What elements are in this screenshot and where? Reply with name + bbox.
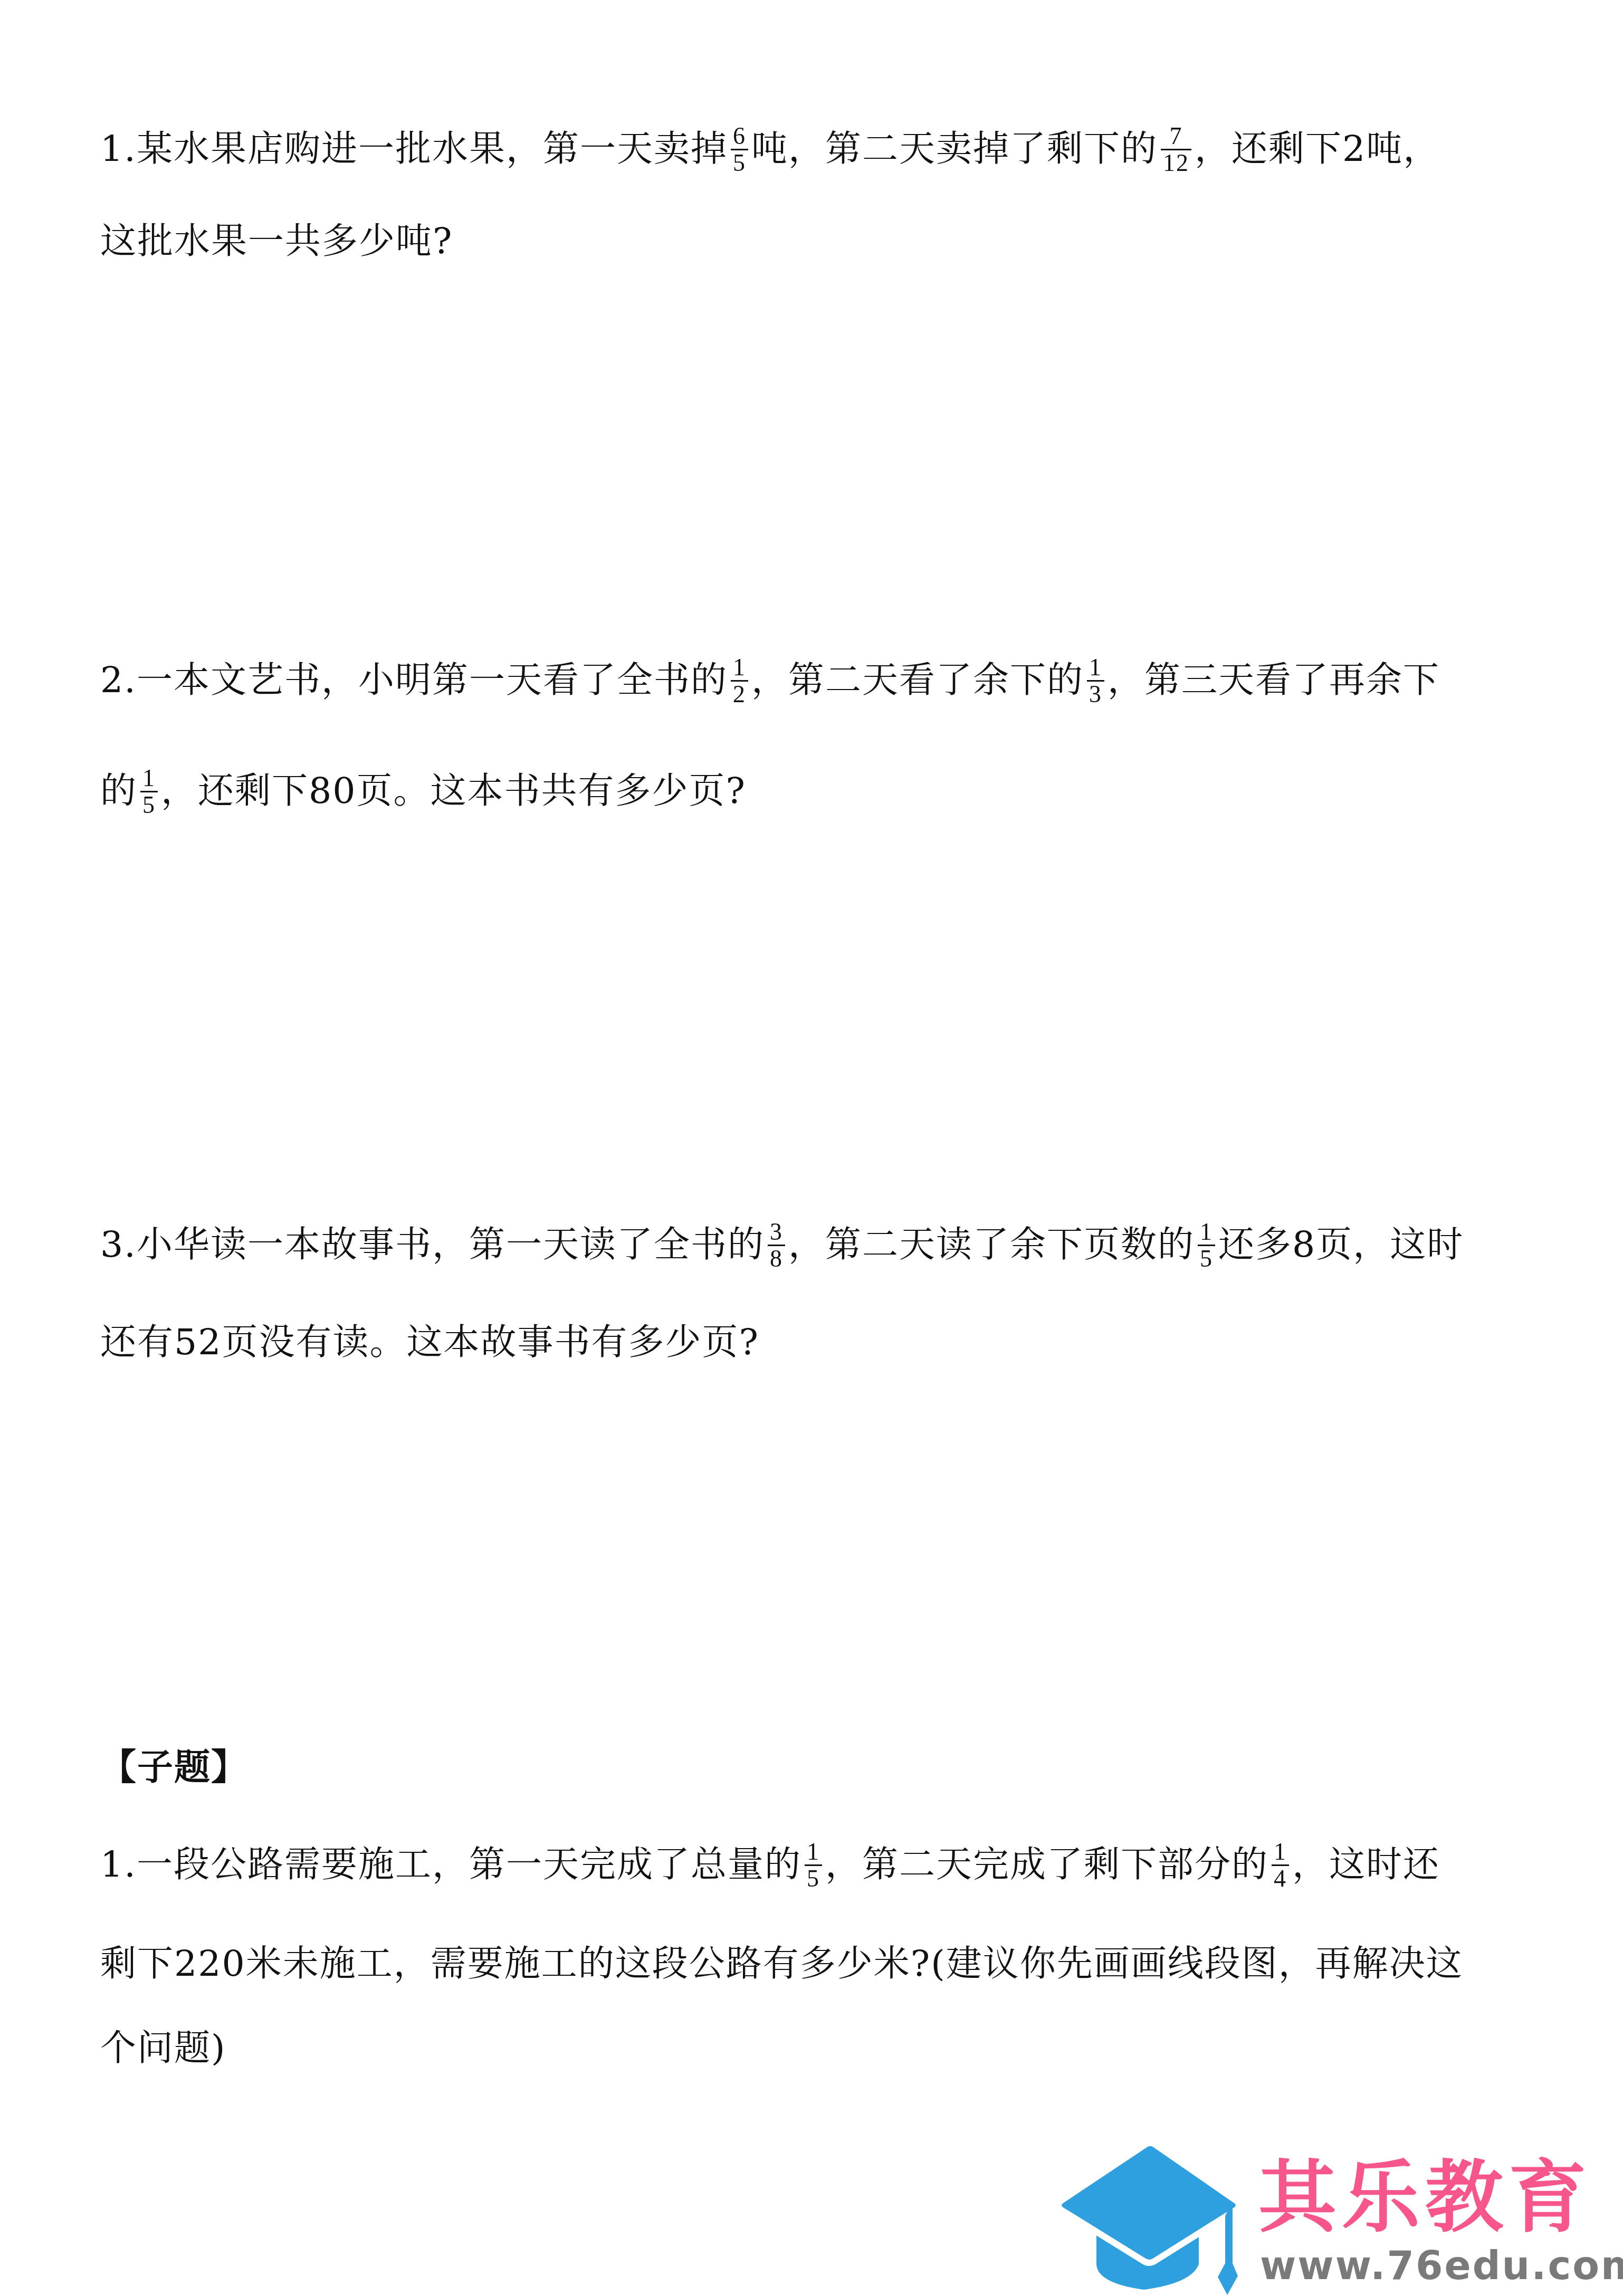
- question-text: ，这时还: [1292, 1844, 1440, 1886]
- fraction-numerator: 7: [1161, 123, 1191, 150]
- graduation-cap-icon: [1055, 2142, 1245, 2295]
- fraction-numerator: 1: [140, 766, 158, 792]
- question-text: 这批水果一共多少吨?: [100, 221, 453, 262]
- question-text: ，第二天完成了剩下部分的: [825, 1844, 1268, 1886]
- fraction-numerator: 1: [1272, 1839, 1289, 1866]
- question-2-line-1: 2.一本文艺书，小明第一天看了全书的12，第二天看了余下的13，第三天看了再余下: [100, 657, 1440, 709]
- question-1-line-1: 1.某水果店购进一批水果，第一天卖掉65吨，第二天卖掉了剩下的712，还剩下2吨…: [100, 126, 1440, 178]
- fraction-numerator: 1: [805, 1839, 822, 1866]
- fraction: 15: [1198, 1219, 1215, 1271]
- fraction: 65: [731, 123, 748, 176]
- fraction: 14: [1272, 1839, 1289, 1891]
- question-3-line-2: 还有52页没有读。这本故事书有多少页?: [100, 1322, 759, 1364]
- question-text: ，还剩下2吨，: [1195, 128, 1440, 170]
- question-text: 2.一本文艺书，小明第一天看了全书的: [100, 659, 728, 701]
- brand-title: 其乐教育: [1258, 2152, 1592, 2242]
- fraction: 38: [768, 1219, 785, 1271]
- fraction: 15: [805, 1839, 822, 1891]
- fraction-denominator: 5: [805, 1866, 822, 1891]
- question-2-line-2: 的15，还剩下80页。这本书共有多少页?: [100, 768, 746, 820]
- question-3-line-1: 3.小华读一本故事书，第一天读了全书的38，第二天读了余下页数的15还多8页，这…: [100, 1221, 1464, 1274]
- fraction: 13: [1087, 655, 1104, 707]
- fraction-denominator: 3: [1087, 682, 1104, 707]
- question-text: 剩下220米未施工，需要施工的这段公路有多少米?(建议你先画画线段图，再解决这: [100, 1943, 1463, 1985]
- brand-url: www.76edu.com: [1260, 2245, 1623, 2287]
- question-text: ，第二天看了余下的: [751, 659, 1084, 701]
- question-text: 个问题): [100, 2027, 226, 2069]
- fraction: 712: [1161, 123, 1191, 176]
- question-1-line-2: 这批水果一共多少吨?: [100, 221, 453, 263]
- question-text: 的: [100, 770, 137, 812]
- question-text: ，还剩下80页。这本书共有多少页?: [161, 770, 746, 812]
- question-text: 吨，第二天卖掉了剩下的: [751, 128, 1158, 170]
- fraction-denominator: 5: [731, 150, 748, 176]
- question-text: 还有52页没有读。这本故事书有多少页?: [100, 1322, 759, 1363]
- question-text: 1.某水果店购进一批水果，第一天卖掉: [100, 128, 728, 170]
- sub-question-1-line-1: 1.一段公路需要施工，第一天完成了总量的15，第二天完成了剩下部分的14，这时还: [100, 1841, 1440, 1893]
- sub-question-1-line-3: 个问题): [100, 2027, 226, 2070]
- question-text: ，第三天看了再余下: [1108, 659, 1440, 701]
- fraction-numerator: 1: [1198, 1219, 1215, 1246]
- fraction-denominator: 2: [731, 682, 748, 707]
- fraction-denominator: 12: [1161, 150, 1191, 176]
- fraction-numerator: 6: [731, 123, 748, 150]
- question-text: 3.小华读一本故事书，第一天读了全书的: [100, 1224, 765, 1266]
- question-text: 1.一段公路需要施工，第一天完成了总量的: [100, 1844, 801, 1886]
- fraction: 12: [731, 655, 748, 707]
- fraction-numerator: 1: [731, 655, 748, 682]
- question-text: ，第二天读了余下页数的: [788, 1224, 1195, 1266]
- sub-section-heading: 【子题】: [100, 1746, 248, 1788]
- question-text: 还多8页，这时: [1218, 1224, 1464, 1266]
- brand-logo: 其乐教育 www.76edu.com: [1055, 2142, 1623, 2296]
- fraction-denominator: 5: [1198, 1246, 1215, 1271]
- fraction-denominator: 8: [768, 1246, 785, 1271]
- fraction-denominator: 4: [1272, 1866, 1289, 1891]
- fraction-numerator: 3: [768, 1219, 785, 1246]
- fraction-numerator: 1: [1087, 655, 1104, 682]
- fraction: 15: [140, 766, 158, 818]
- fraction-denominator: 5: [140, 792, 158, 818]
- sub-question-1-line-2: 剩下220米未施工，需要施工的这段公路有多少米?(建议你先画画线段图，再解决这: [100, 1943, 1463, 1985]
